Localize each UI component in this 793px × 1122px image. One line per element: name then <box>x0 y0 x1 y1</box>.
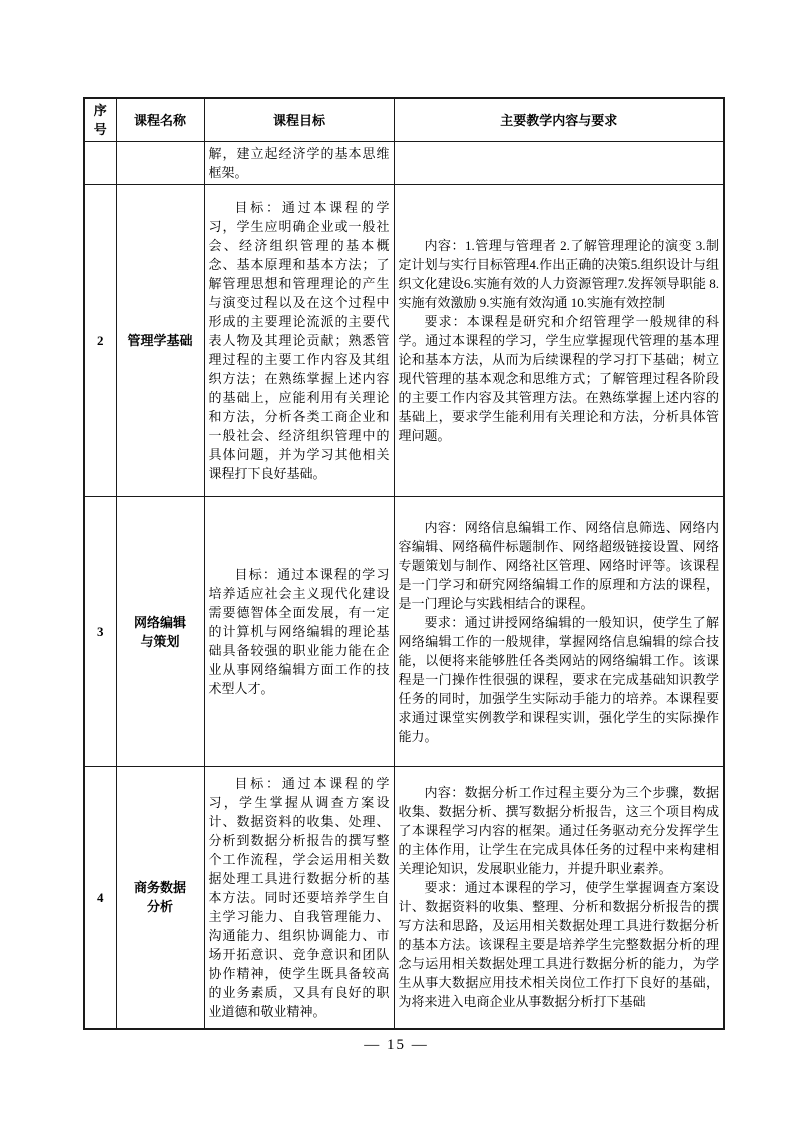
row1-objective-cell: 解，建立起经济学的基本思维框架。 <box>204 142 394 185</box>
objective-paragraph: 目标：通过本课程的学习，学生应明确企业或一般社会、经济组织管理的基本概念、基本原… <box>209 198 390 483</box>
page-number: — 15 — <box>0 1037 793 1054</box>
row1-index <box>84 142 116 185</box>
row1-content-cell <box>394 142 724 185</box>
requirements-paragraph: 要求：通过讲授网络编辑的一般知识，使学生了解网络编辑工作的一般规律，掌握网络信息… <box>399 613 720 746</box>
objective-paragraph: 解，建立起经济学的基本思维框架。 <box>209 144 390 182</box>
content-paragraph: 内容：数据分析工作过程主要分为三个步骤，数据收集、数据分析、撰写数据分析报告，这… <box>399 783 720 878</box>
table-row: 3 网络编辑 与策划 目标：通过本课程的学习培养适应社会主义现代化建设需要德智体… <box>84 497 724 767</box>
table-row: 4 商务数据 分析 目标：通过本课程的学习，学生掌握从调查方案设计、数据资料的收… <box>84 767 724 1029</box>
row2-objective-cell: 目标：通过本课程的学习，学生应明确企业或一般社会、经济组织管理的基本概念、基本原… <box>204 185 394 497</box>
row3-index: 3 <box>84 497 116 767</box>
row4-course-name: 商务数据 分析 <box>116 767 204 1029</box>
document-page: 序 号 课程名称 课程目标 主要教学内容与要求 解，建立起经济学的基本思维框架。… <box>0 0 793 1122</box>
row4-objective-cell: 目标：通过本课程的学习，学生掌握从调查方案设计、数据资料的收集、处理、分析到数据… <box>204 767 394 1029</box>
row1-course-name <box>116 142 204 185</box>
header-course-objective: 课程目标 <box>204 98 394 142</box>
header-course-name: 课程名称 <box>116 98 204 142</box>
row3-content-cell: 内容：网络信息编辑工作、网络信息筛选、网络内容编辑、网络稿件标题制作、网络超级链… <box>394 497 724 767</box>
row3-objective-cell: 目标：通过本课程的学习培养适应社会主义现代化建设需要德智体全面发展，有一定的计算… <box>204 497 394 767</box>
table-row: 2 管理学基础 目标：通过本课程的学习，学生应明确企业或一般社会、经济组织管理的… <box>84 185 724 497</box>
row2-index: 2 <box>84 185 116 497</box>
table-row: 解，建立起经济学的基本思维框架。 <box>84 142 724 185</box>
header-index: 序 号 <box>84 98 116 142</box>
row4-content-cell: 内容：数据分析工作过程主要分为三个步骤，数据收集、数据分析、撰写数据分析报告，这… <box>394 767 724 1029</box>
row2-course-name: 管理学基础 <box>116 185 204 497</box>
table-header-row: 序 号 课程名称 课程目标 主要教学内容与要求 <box>84 98 724 142</box>
row2-content-cell: 内容：1.管理与管理者 2.了解管理理论的演变 3.制定计划与实行目标管理4.作… <box>394 185 724 497</box>
requirements-paragraph: 要求：通过本课程的学习，使学生掌握调查方案设计、数据资料的收集、整理、分析和数据… <box>399 878 720 1011</box>
content-paragraph: 内容：网络信息编辑工作、网络信息筛选、网络内容编辑、网络稿件标题制作、网络超级链… <box>399 518 720 613</box>
header-main-content: 主要教学内容与要求 <box>394 98 724 142</box>
row3-course-name: 网络编辑 与策划 <box>116 497 204 767</box>
objective-paragraph: 目标：通过本课程的学习，学生掌握从调查方案设计、数据资料的收集、处理、分析到数据… <box>209 774 390 1021</box>
requirements-paragraph: 要求：本课程是研究和介绍管理学一般规律的科学。通过本课程的学习，学生应掌握现代管… <box>399 312 720 445</box>
row4-index: 4 <box>84 767 116 1029</box>
course-syllabus-table: 序 号 课程名称 课程目标 主要教学内容与要求 解，建立起经济学的基本思维框架。… <box>83 97 725 1030</box>
objective-paragraph: 目标：通过本课程的学习培养适应社会主义现代化建设需要德智体全面发展，有一定的计算… <box>209 565 390 698</box>
content-paragraph: 内容：1.管理与管理者 2.了解管理理论的演变 3.制定计划与实行目标管理4.作… <box>399 236 720 312</box>
